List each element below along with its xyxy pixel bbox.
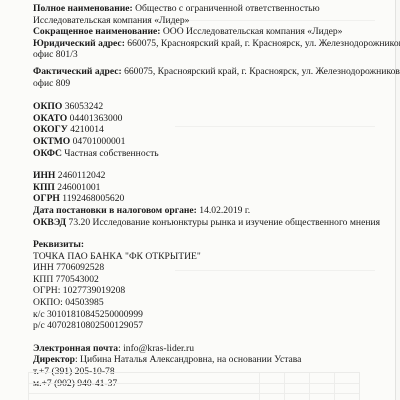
- okfs: ОКФС Частная собственность: [33, 148, 383, 160]
- email: Электронная почта: info@kras-lider.ru: [33, 343, 383, 355]
- legal-address-cont: офис 801/3: [33, 49, 383, 61]
- document-content: Полное наименование: Общество с ограниче…: [33, 3, 383, 389]
- bank-correspondent-account: к/с 30101810845250000999: [33, 309, 383, 321]
- kpp: КПП 246001001: [33, 182, 383, 194]
- ogrn: ОГРН 1192468005620: [33, 193, 383, 205]
- bank-ogrn: ОГРН: 1027739019208: [33, 285, 383, 297]
- bank-settlement-account: р/с 40702810802500129057: [33, 320, 383, 332]
- okato: ОКАТО 04401363000: [33, 113, 383, 125]
- inn: ИНН 2460112042: [33, 170, 383, 182]
- bank-heading: Реквизиты:: [33, 239, 383, 251]
- okogu: ОКОГУ 4210014: [33, 124, 383, 136]
- bank-kpp: КПП 770543002: [33, 274, 383, 286]
- tax-registration-date: Дата постановки в налоговом органе: 14.0…: [33, 205, 383, 217]
- full-name-cont: Исследовательская компания «Лидер»: [33, 15, 383, 27]
- actual-address: Фактический адрес: 660075, Красноярский …: [33, 66, 383, 78]
- okved: ОКВЭД 73.20 Исследование конъюнктуры рын…: [33, 217, 383, 229]
- bank-okpo: ОКПО: 04503985: [33, 297, 383, 309]
- director: Директор: Цибина Наталья Александровна, …: [33, 354, 383, 366]
- bank-inn: ИНН 7706092528: [33, 262, 383, 274]
- short-name: Сокращенное наименование: ООО Исследоват…: [33, 26, 383, 38]
- document-page: Полное наименование: Общество с ограниче…: [0, 0, 396, 400]
- full-name: Полное наименование: Общество с ограниче…: [33, 3, 383, 15]
- show-through-table: [28, 372, 360, 400]
- actual-address-cont: офис 809: [33, 78, 383, 90]
- bank-name: ТОЧКА ПАО БАНКА "ФК ОТКРЫТИЕ": [33, 251, 383, 263]
- okpo: ОКПО 36053242: [33, 101, 383, 113]
- legal-address: Юридический адрес: 660075, Красноярский …: [33, 38, 383, 50]
- oktmo: ОКТМО 04701000001: [33, 136, 383, 148]
